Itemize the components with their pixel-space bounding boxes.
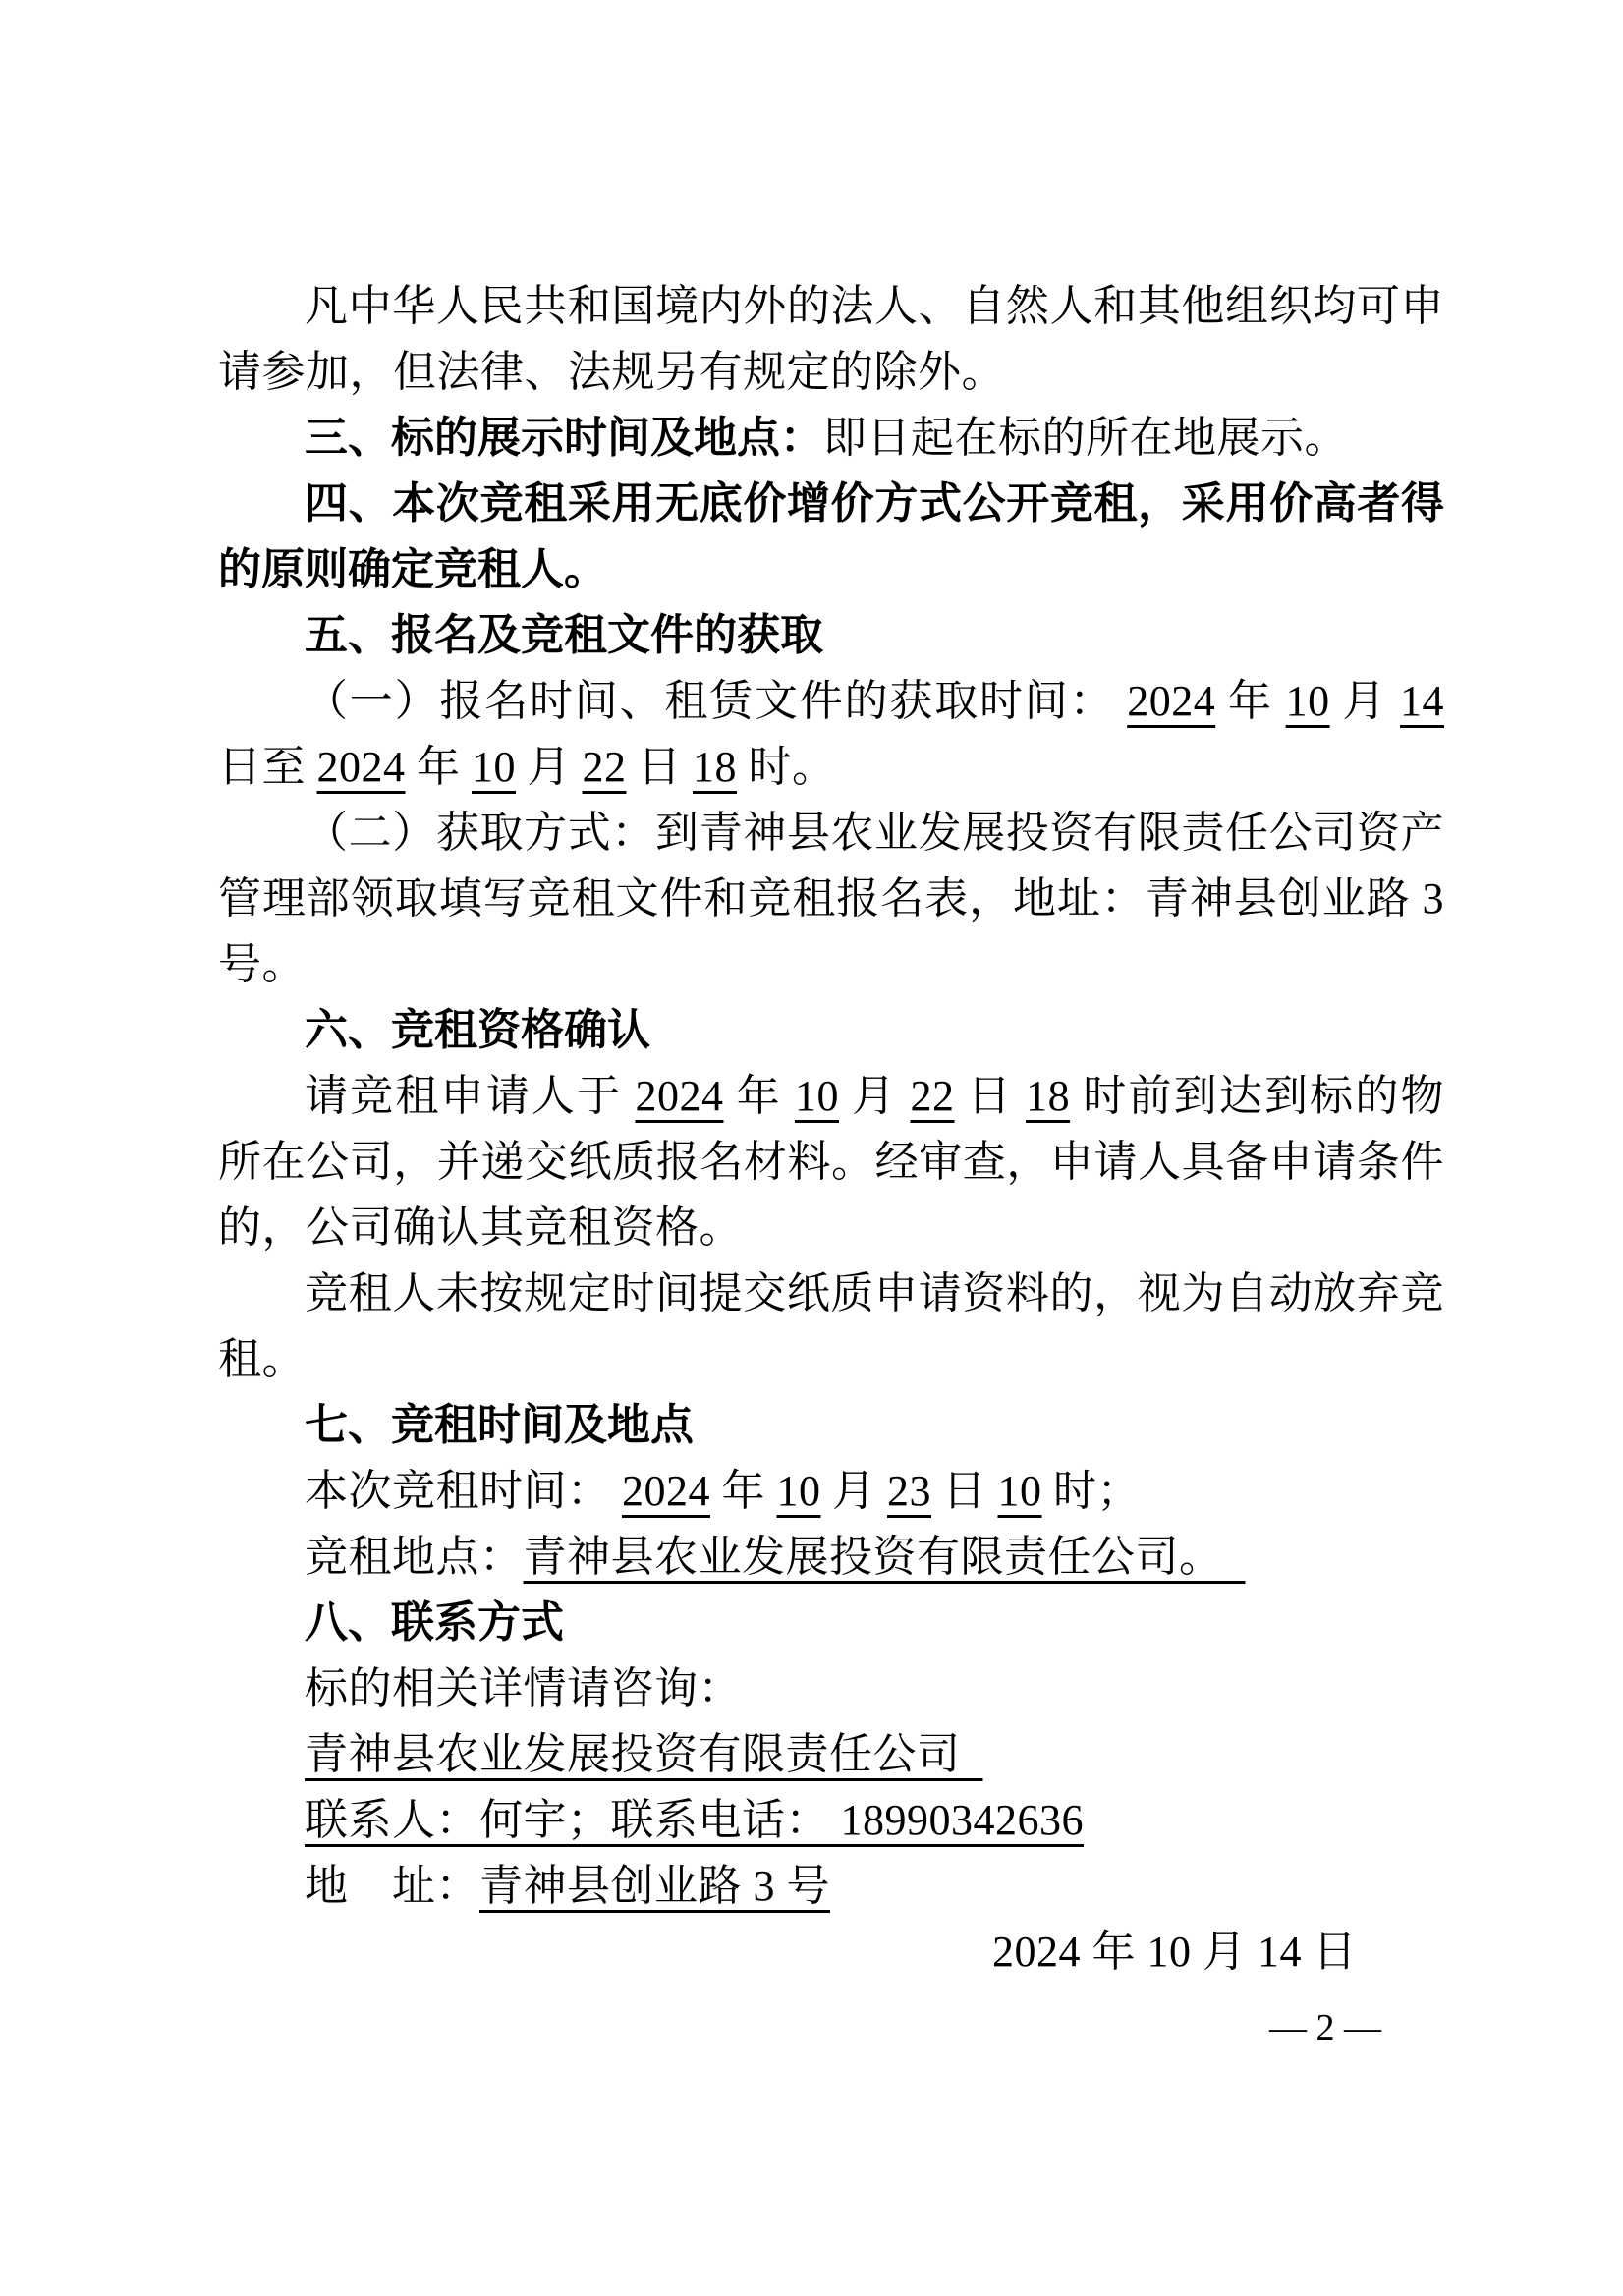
text-run: 请竞租申请人于: [305, 1072, 635, 1120]
text-run: 10: [795, 1072, 839, 1120]
document-page: 凡中华人民共和国境内外的法人、自然人和其他组织均可申请参加，但法律、法规另有规定…: [0, 0, 1623, 2296]
text-run: 年: [406, 743, 473, 791]
text-run: 2024: [635, 1072, 723, 1120]
section-8-company: 青神县农业发展投资有限责任公司: [218, 1721, 1444, 1787]
text-run: 2024: [622, 1467, 710, 1515]
text-run: 18: [1026, 1072, 1070, 1120]
section-8-address: 地 址：青神县创业路 3 号: [218, 1853, 1444, 1919]
text-run: 2024: [1127, 677, 1215, 725]
text-run: 14: [1400, 677, 1444, 725]
date-line: 2024 年 10 月 14 日: [218, 1919, 1444, 1985]
text-run: 2024 年 10 月 14 日: [992, 1928, 1357, 1976]
text-run: 四、本次竞租采用无底价增价方式公开竞租，采用价高者得的原则确定竞租人。: [218, 479, 1444, 593]
text-run: 年: [1215, 677, 1285, 725]
section-6-para-1: 请竞租申请人于 2024 年 10 月 22 日 18 时前到达到标的物所在公司…: [218, 1063, 1444, 1260]
text-run: 日: [627, 743, 694, 791]
section-7-place: 竞租地点：青神县农业发展投资有限责任公司。: [218, 1524, 1444, 1590]
text-run: 22: [583, 743, 627, 791]
page-number: — 2 —: [1269, 2006, 1381, 2049]
text-run: 月: [821, 1467, 888, 1515]
para-eligibility: 凡中华人民共和国境内外的法人、自然人和其他组织均可申请参加，但法律、法规另有规定…: [218, 273, 1444, 405]
text-run: 10: [998, 1467, 1042, 1515]
text-run: 22: [911, 1072, 955, 1120]
text-run: 五、报名及竞租文件的获取: [305, 611, 823, 659]
text-run: 年: [723, 1072, 795, 1120]
section-5-item-1-time: （一）报名时间、租赁文件的获取时间： 2024 年 10 月 14 日至 202…: [218, 668, 1444, 800]
text-run: 八、联系方式: [305, 1598, 564, 1647]
section-3-display-time-place: 三、标的展示时间及地点：即日起在标的所在地展示。: [218, 405, 1444, 471]
section-8-contact: 联系人：何宇；联系电话： 18990342636: [218, 1787, 1444, 1853]
text-run: 标的相关详情请咨询：: [305, 1664, 742, 1712]
text-run: 日: [955, 1072, 1027, 1120]
section-8-heading: 八、联系方式: [218, 1590, 1444, 1655]
text-run: 六、竞租资格确认: [305, 1006, 650, 1054]
text-run: 青神县农业发展投资有限责任公司: [305, 1730, 983, 1778]
document-body: 凡中华人民共和国境内外的法人、自然人和其他组织均可申请参加，但法律、法规另有规定…: [218, 273, 1444, 1985]
section-5-item-2-method: （二）获取方式：到青神县农业发展投资有限责任公司资产管理部领取填写竞租文件和竞租…: [218, 800, 1444, 997]
text-run: 月: [516, 743, 583, 791]
section-6-heading: 六、竞租资格确认: [218, 997, 1444, 1063]
text-run: 时；: [1042, 1467, 1142, 1515]
text-run: 10: [1286, 677, 1330, 725]
text-run: 竞租地点：: [305, 1533, 524, 1581]
text-run: 竞租人未按规定时间提交纸质申请资料的，视为自动放弃竞租。: [218, 1269, 1444, 1383]
text-run: 23: [887, 1467, 931, 1515]
text-run: 本次竞租时间：: [305, 1467, 622, 1515]
text-run: 年: [710, 1467, 777, 1515]
section-7-time: 本次竞租时间： 2024 年 10 月 23 日 10 时；: [218, 1458, 1444, 1524]
text-run: 18: [693, 743, 737, 791]
text-run: 日: [931, 1467, 998, 1515]
text-run: 月: [1330, 677, 1400, 725]
section-7-heading: 七、竞租时间及地点: [218, 1392, 1444, 1458]
text-run: （二）获取方式：到青神县农业发展投资有限责任公司资产管理部领取填写竞租文件和竞租…: [218, 809, 1456, 988]
text-run: 月: [839, 1072, 911, 1120]
text-run: 三、标的展示时间及地点：: [305, 414, 823, 462]
text-run: 即日起在标的所在地展示。: [823, 414, 1348, 462]
text-run: 青神县创业路 3 号: [479, 1862, 830, 1910]
text-run: （一）报名时间、租赁文件的获取时间：: [305, 677, 1127, 725]
text-run: 联系人：何宇；联系电话： 18990342636: [305, 1796, 1084, 1844]
text-run: 10: [472, 743, 516, 791]
section-4-bidding-method: 四、本次竞租采用无底价增价方式公开竞租，采用价高者得的原则确定竞租人。: [218, 471, 1444, 602]
section-8-inquiry: 标的相关详情请咨询：: [218, 1655, 1444, 1721]
section-5-heading: 五、报名及竞租文件的获取: [218, 602, 1444, 668]
text-run: 时。: [737, 743, 836, 791]
text-run: 凡中华人民共和国境内外的法人、自然人和其他组织均可申请参加，但法律、法规另有规定…: [218, 282, 1444, 396]
text-run: 地 址：: [305, 1862, 479, 1910]
section-6-para-2: 竞租人未按规定时间提交纸质申请资料的，视为自动放弃竞租。: [218, 1260, 1444, 1392]
text-run: 10: [777, 1467, 821, 1515]
text-run: 七、竞租时间及地点: [305, 1401, 694, 1449]
text-run: 青神县农业发展投资有限责任公司。: [524, 1533, 1246, 1581]
text-run: 2024: [317, 743, 406, 791]
